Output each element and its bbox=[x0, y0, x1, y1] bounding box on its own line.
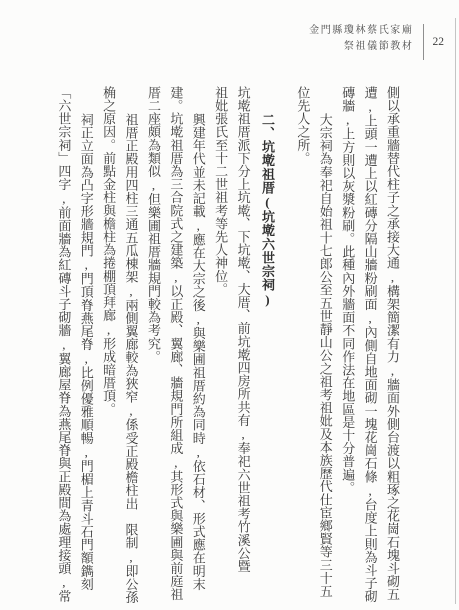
text-column: 「六世宗祠」四字,前面牆為紅磚斗子砌牆,翼廊屋脊為燕尾脊與正殿間為處理接頭,常 bbox=[52, 86, 74, 602]
page-edge-rule bbox=[455, 18, 456, 604]
text-column: 位先人之所。 bbox=[291, 86, 313, 602]
header-title-line2: 祭祖儀節教材 bbox=[309, 39, 413, 55]
text-column-paragraph-start: 祖厝正殿用四柱三通五瓜棟架,兩側翼廊較為狹窄,係受正殿檐柱出 限制,即公孫 bbox=[119, 86, 141, 602]
text-column: 桷之原因。前點金柱與檐柱為捲棚頂拜廊,形成暗厝頂。 bbox=[97, 86, 119, 602]
text-column: 祖妣張氏至十二世祖考等先人神位。 bbox=[209, 86, 231, 602]
running-header: 金門縣瓊林蔡氏家廟 祭祖儀節教材 22 bbox=[309, 23, 444, 60]
text-column: 建。坑墘祖厝為三合院式之建築,以正殿、翼廊、牆規門所組成,其形式與樂圃與前庭祖 bbox=[164, 86, 186, 602]
header-title-line1: 金門縣瓊林蔡氏家廟 bbox=[309, 23, 413, 39]
text-column: 坑墘祖厝派下分上坑墘、下坑墘、大厝、前坑墘四房所共有,奉祀六世祖考竹溪公暨 bbox=[231, 86, 253, 602]
text-column-paragraph-start: 祠正立面為凸字形牆規門,門頂脊燕尾脊,比例優雅順暢,門楣上青斗石門額鐫刻 bbox=[74, 86, 96, 602]
text-column: 厝二座頗為類似,但樂圃祖厝牆規門較為考究。 bbox=[142, 86, 164, 602]
header-separator-rule bbox=[423, 24, 424, 60]
body-text: 側以承重牆替代柱子之承接大通,構架簡潔有力,牆面外側台渡以粗琢之花崗石塊斗砌五 … bbox=[52, 86, 403, 602]
page-number: 22 bbox=[433, 36, 445, 48]
book-page: 金門縣瓊林蔡氏家廟 祭祖儀節教材 22 側以承重牆替代柱子之承接大通,構架簡潔有… bbox=[0, 0, 459, 610]
text-column: 磚牆,上方則以灰漿粉刷。此種內外牆面不同作法在地區是十分普遍。 bbox=[336, 86, 358, 602]
section-heading: 二、坑墘祖厝(坑墘六世宗祠) bbox=[256, 86, 278, 602]
text-column-paragraph-start: 興建年代並未記載,應在大宗之後,與樂圃祖厝約為同時,依石材、形式應在明末 bbox=[186, 86, 208, 602]
header-title-block: 金門縣瓊林蔡氏家廟 祭祖儀節教材 bbox=[309, 23, 413, 55]
text-column-paragraph-start: 大宗祠為奉祀自始祖十七郎公至五世靜山公之祖考祖妣及本族歷代仕宦鄉賢等三十五 bbox=[313, 86, 335, 602]
text-column: 遭,上頭一遭上以紅磚分隔山牆粉刷面,內側自地面砌一塊花崗石條,台度上則為斗子砌 bbox=[358, 86, 380, 602]
text-column: 側以承重牆替代柱子之承接大通,構架簡潔有力,牆面外側台渡以粗琢之花崗石塊斗砌五 bbox=[381, 86, 403, 602]
